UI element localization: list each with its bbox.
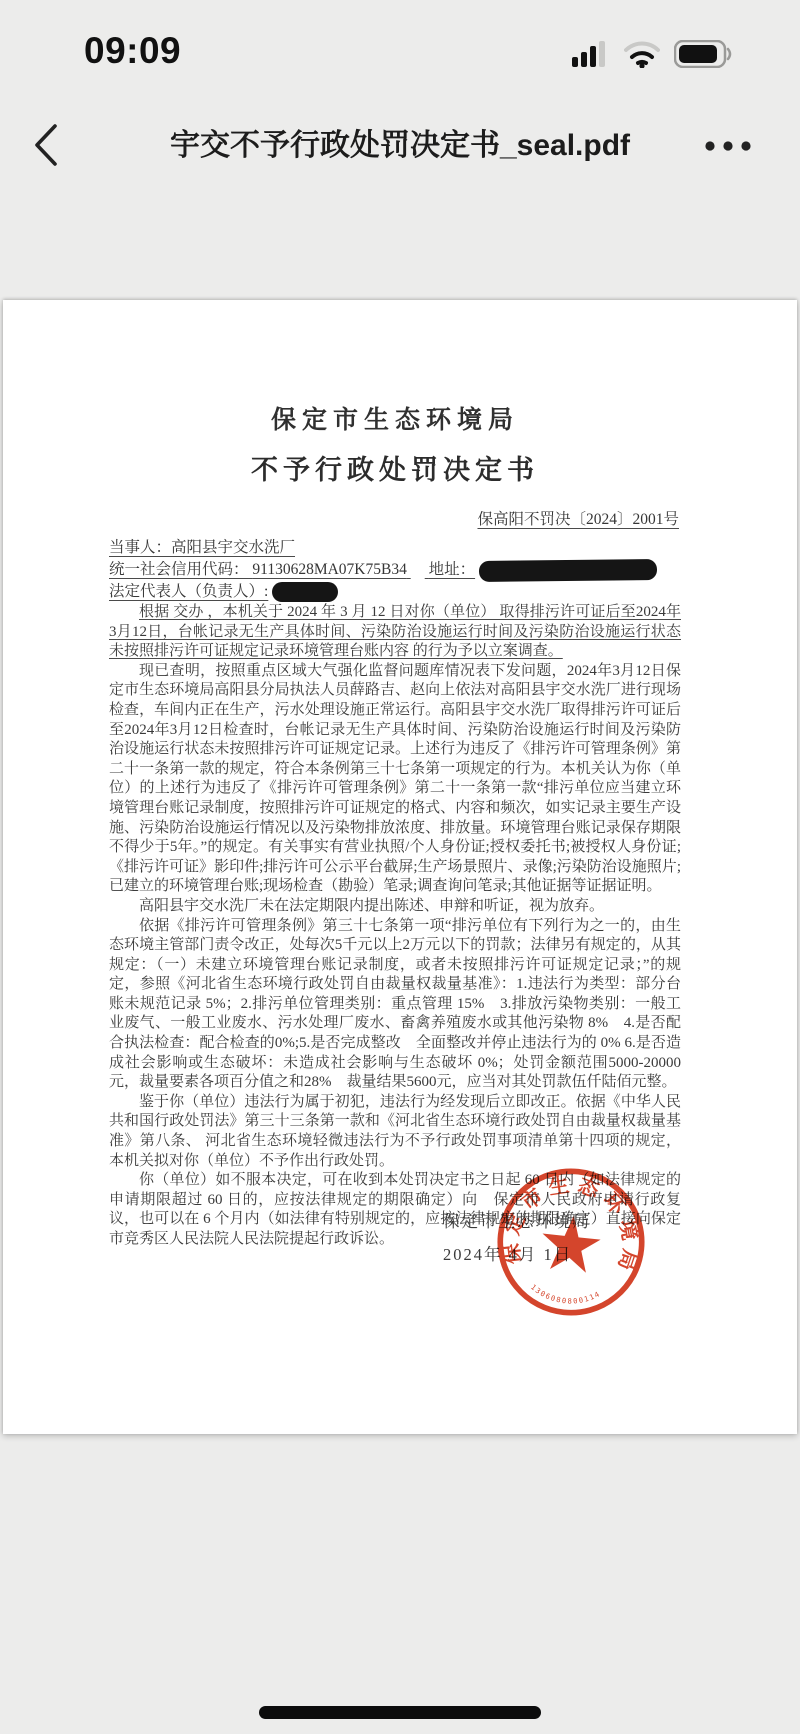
more-options-button[interactable] <box>696 126 760 166</box>
address-label: 地址： <box>429 561 476 578</box>
address-redaction-bar <box>479 559 657 582</box>
document-number: 保高阳不罚决〔2024〕2001号 <box>109 507 679 529</box>
chevron-left-icon <box>33 123 59 167</box>
pdf-viewer-toolbar: 宇交不予行政处罚决定书_seal.pdf <box>0 100 800 190</box>
ellipsis-icon <box>702 140 754 152</box>
credit-code-value: 91130628MA07K75B34 <box>252 561 406 578</box>
seal-star <box>539 1212 603 1273</box>
home-indicator[interactable] <box>259 1706 541 1719</box>
legal-rep-label: 法定代表人（负责人）: <box>109 583 268 600</box>
paragraph-findings: 现已查明，按照重点区域大气强化监督问题库情况表下发问题，2024年3月12日保定… <box>109 662 681 897</box>
status-icons <box>572 40 732 73</box>
paragraph-filing: 根据 交办 ，本机关于 2024 年 3 月 12 日对你（单位） 取得排污许可… <box>109 603 681 662</box>
status-bar: 09:09 <box>0 0 800 100</box>
clock: 09:09 <box>84 30 181 72</box>
cellular-signal-icon <box>572 41 610 72</box>
pdf-page[interactable]: 保定市生态环境局 不予行政处罚决定书 保高阳不罚决〔2024〕2001号 当事人… <box>3 300 797 1434</box>
issuing-agency-title: 保定市生态环境局 <box>109 400 681 436</box>
paragraph-legal-basis: 依据《排污许可管理条例》第三十七条第一项“排污单位有下列行为之一的，由生态环境主… <box>109 917 681 1093</box>
credit-code-label: 统一社会信用代码： <box>109 561 249 578</box>
legal-rep-line: 法定代表人（负责人）: <box>109 581 681 603</box>
credit-code-line: 统一社会信用代码： 91130628MA07K75B34 地址： <box>109 559 681 581</box>
wifi-icon <box>624 41 660 73</box>
paragraph-decision: 鉴于你（单位）违法行为属于初犯，违法行为经发现后立即改正。依据《中华人民共和国行… <box>109 1093 681 1171</box>
file-title: 宇交不予行政处罚决定书_seal.pdf <box>90 120 710 164</box>
battery-icon <box>674 40 732 73</box>
legal-rep-redaction-bar <box>272 582 338 602</box>
party-line: 当事人：高阳县宇交水洗厂 <box>109 537 681 559</box>
official-red-seal: 保定市生态环境局 1306080800114 <box>481 1152 661 1332</box>
paragraph-waiver: 高阳县宇交水洗厂未在法定期限内提出陈述、申辩和听证，视为放弃。 <box>109 897 681 917</box>
back-button[interactable] <box>24 118 68 172</box>
document-title: 不予行政处罚决定书 <box>109 448 681 487</box>
